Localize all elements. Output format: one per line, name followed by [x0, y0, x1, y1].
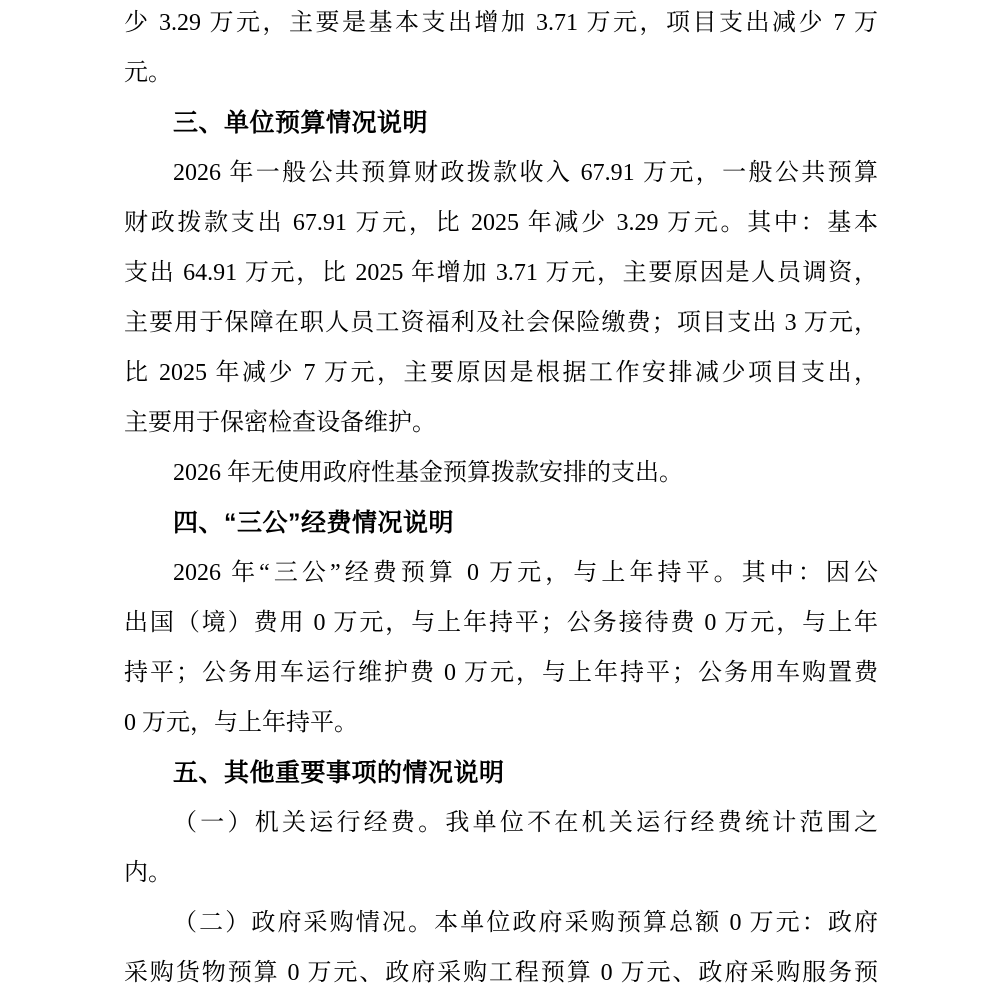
document-line: 内。: [124, 848, 878, 898]
document-line: 2026 年“三公”经费预算 0 万元，与上年持平。其中：因公: [124, 548, 878, 598]
document-body: 少 3.29 万元，主要是基本支出增加 3.71 万元，项目支出减少 7 万 元…: [124, 0, 878, 998]
document-line: 主要用于保障在职人员工资福利及社会保险缴费；项目支出 3 万元，: [124, 298, 878, 348]
document-line: （一）机关运行经费。我单位不在机关运行经费统计范围之: [124, 798, 878, 848]
document-line: 元。: [124, 48, 878, 98]
document-line: 少 3.29 万元，主要是基本支出增加 3.71 万元，项目支出减少 7 万: [124, 0, 878, 48]
document-line: 持平；公务用车运行维护费 0 万元，与上年持平；公务用车购置费: [124, 648, 878, 698]
document-line: 0 万元，与上年持平。: [124, 698, 878, 748]
section-heading-5: 五、其他重要事项的情况说明: [124, 748, 878, 798]
section-heading-4: 四、“三公”经费情况说明: [124, 498, 878, 548]
document-line: 2026 年无使用政府性基金预算拨款安排的支出。: [124, 448, 878, 498]
document-line: 比 2025 年减少 7 万元，主要原因是根据工作安排减少项目支出，: [124, 348, 878, 398]
document-line: 采购货物预算 0 万元、政府采购工程预算 0 万元、政府采购服务预: [124, 948, 878, 998]
document-line: 支出 64.91 万元，比 2025 年增加 3.71 万元，主要原因是人员调资…: [124, 248, 878, 298]
document-line: 2026 年一般公共预算财政拨款收入 67.91 万元，一般公共预算: [124, 148, 878, 198]
document-line: （二）政府采购情况。本单位政府采购预算总额 0 万元：政府: [124, 898, 878, 948]
document-line: 主要用于保密检查设备维护。: [124, 398, 878, 448]
document-page: 少 3.29 万元，主要是基本支出增加 3.71 万元，项目支出减少 7 万 元…: [0, 0, 1000, 1003]
document-line: 财政拨款支出 67.91 万元，比 2025 年减少 3.29 万元。其中：基本: [124, 198, 878, 248]
document-line: 出国（境）费用 0 万元，与上年持平；公务接待费 0 万元，与上年: [124, 598, 878, 648]
section-heading-3: 三、单位预算情况说明: [124, 98, 878, 148]
